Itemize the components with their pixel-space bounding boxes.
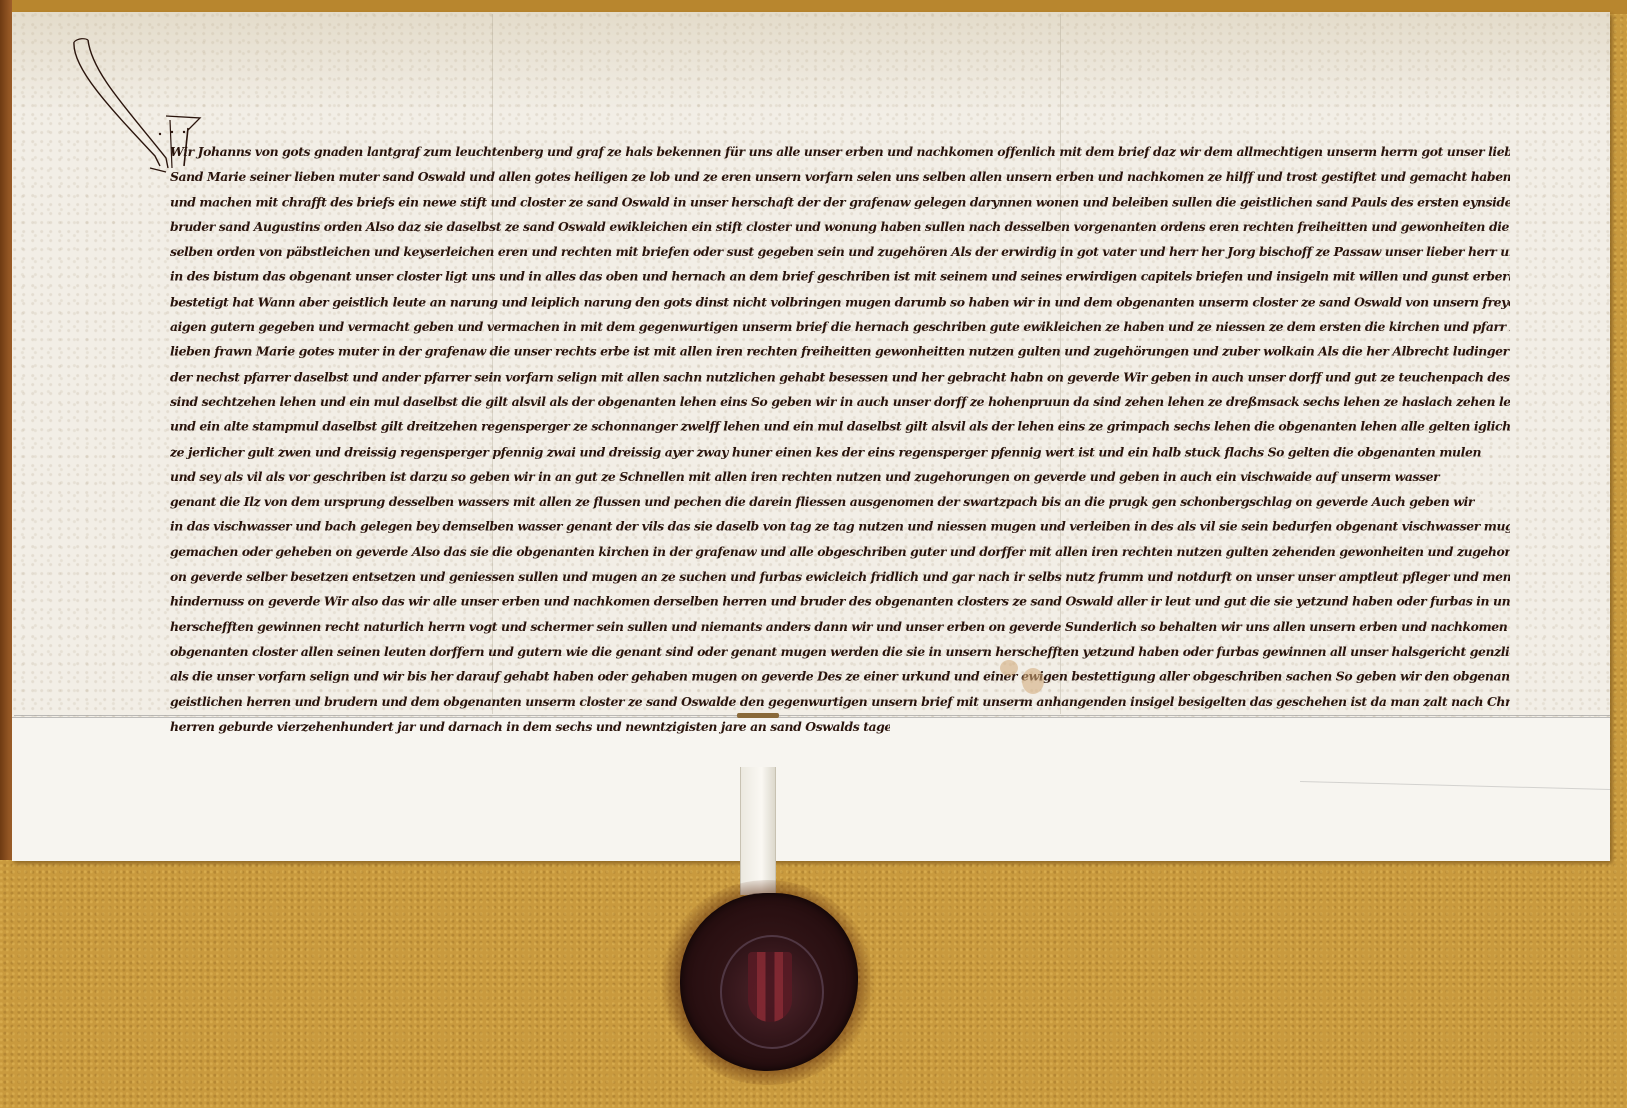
text-line: herren geburde vierzehenhundert jar und … (170, 715, 890, 740)
backing-left-edge (0, 0, 12, 860)
text-line: aigen gutern gegeben und vermacht geben … (170, 315, 1510, 340)
text-line: ze jerlicher gult zwen und dreissig rege… (170, 440, 1510, 465)
text-line: genant die Ilz von dem ursprung desselbe… (170, 490, 1510, 515)
text-line: und ein alte stampmul daselbst gilt drei… (170, 415, 1510, 440)
text-line: lieben frawn Marie gotes muter in der gr… (170, 340, 1510, 365)
seal-coat-of-arms-icon (748, 952, 792, 1022)
seal-tag-slit (737, 713, 779, 718)
text-line: on geverde selber besetzen entsetzen und… (170, 565, 1510, 590)
text-line: herschefften gewinnen recht naturlich he… (170, 615, 1510, 640)
text-line: bestetigt hat Wann aber geistlich leute … (170, 290, 1510, 315)
text-line: bruder sand Augustins orden Also daz sie… (170, 215, 1510, 240)
text-line: sind sechtzehen lehen und ein mul daselb… (170, 390, 1510, 415)
stain (1000, 660, 1018, 676)
text-line: obgenanten closter allen seinen leuten d… (170, 640, 1510, 665)
seal-parchment-tag (740, 767, 776, 895)
text-line: in das vischwasser und bach gelegen bey … (170, 515, 1510, 540)
charter-text: Wir Johanns von gots gnaden lantgraf zum… (170, 140, 1510, 740)
text-line: und machen mit chrafft des briefs ein ne… (170, 190, 1510, 215)
text-line: der nechst pfarrer daselbst und ander pf… (170, 365, 1510, 390)
text-line: und sey als vil als vor geschriben ist d… (170, 465, 1510, 490)
text-line: Sand Marie seiner lieben muter sand Oswa… (170, 165, 1510, 190)
text-line: Wir Johanns von gots gnaden lantgraf zum… (170, 140, 1510, 165)
stain (1022, 668, 1044, 694)
text-line: hindernuss on geverde Wir also das wir a… (170, 590, 1510, 615)
text-line: geistlichen herren und brudern und dem o… (170, 690, 1510, 715)
text-line: als die unser vorfarn selign und wir bis… (170, 665, 1510, 690)
text-line: selben orden von päbstleichen und keyser… (170, 240, 1510, 265)
text-line: gemachen oder geheben on geverde Also da… (170, 540, 1510, 565)
text-line: in des bistum das obgenant unser closter… (170, 265, 1510, 290)
